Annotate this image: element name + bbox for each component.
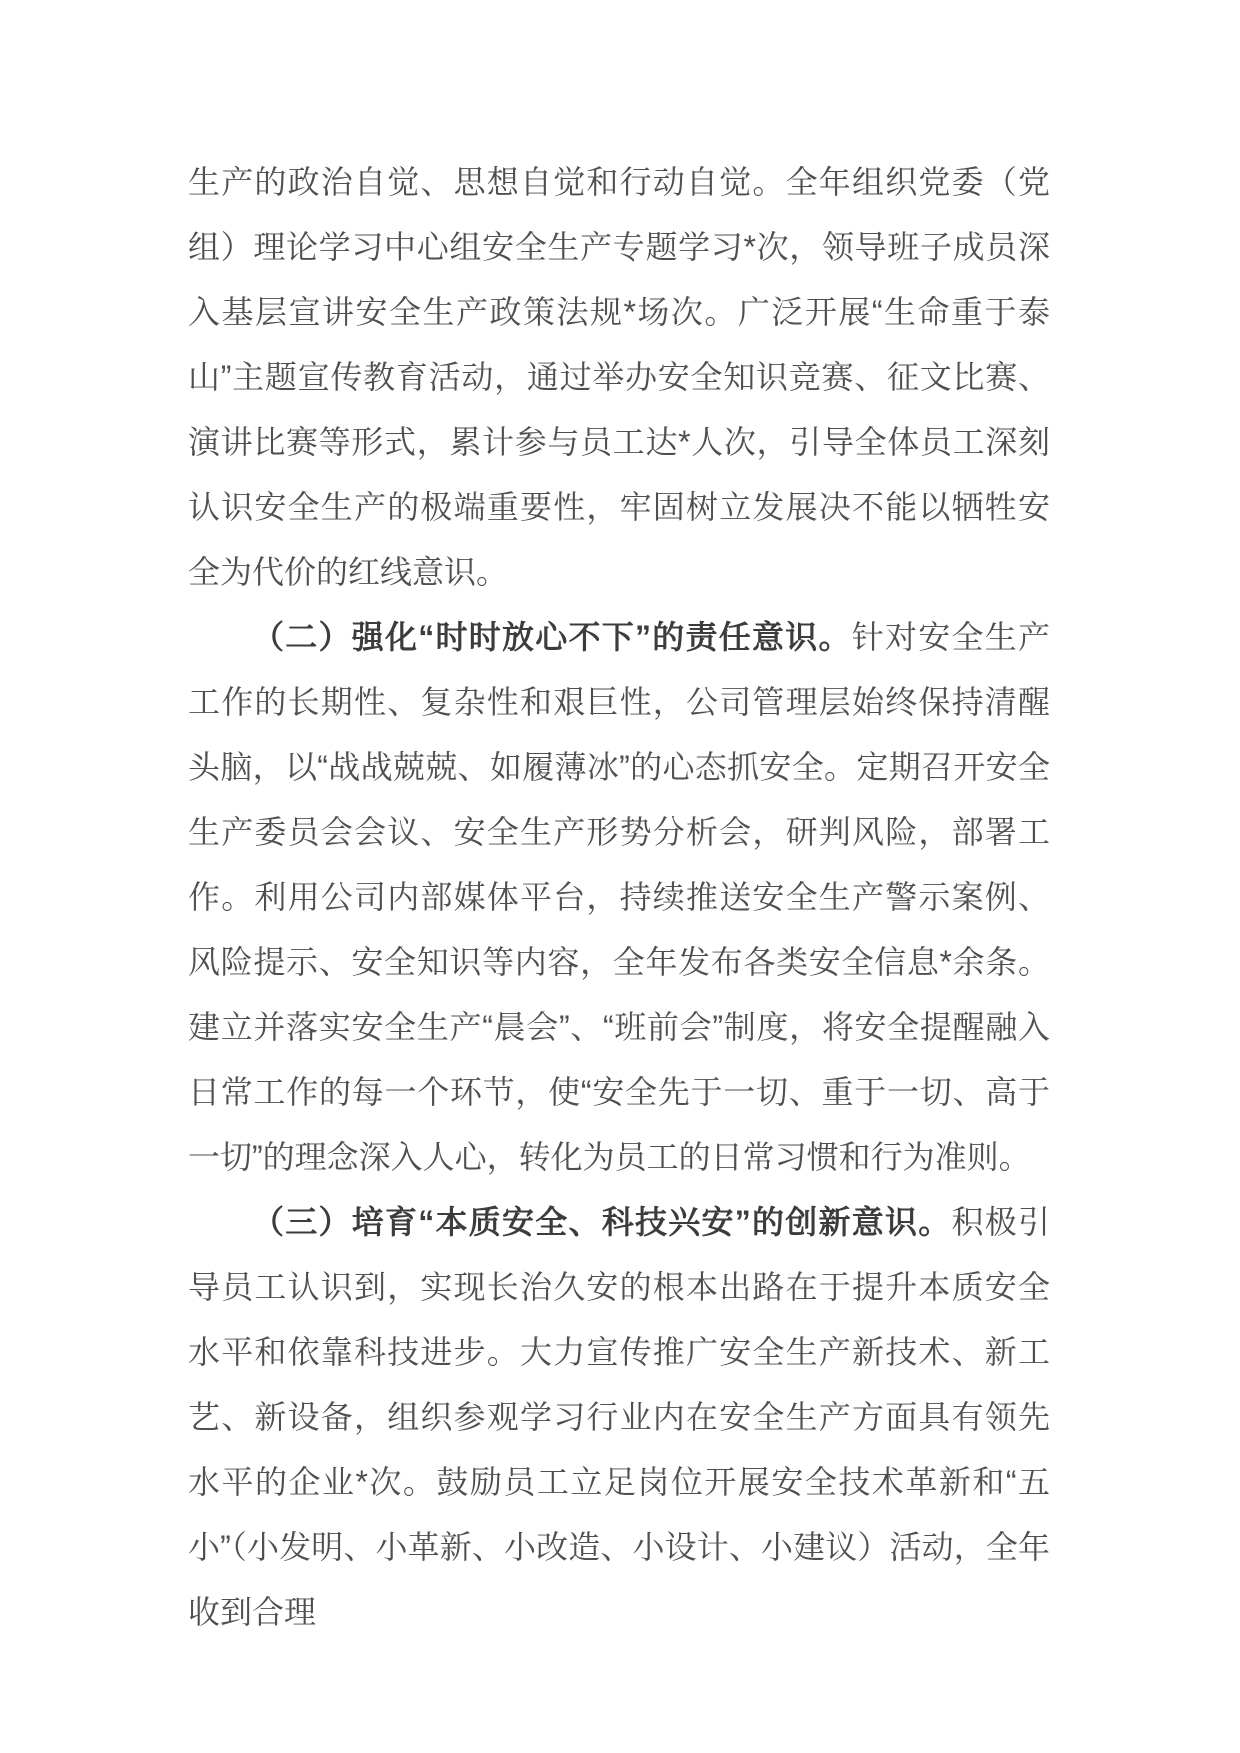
- paragraph-text: 积极引导员工认识到，实现长治久安的根本出路在于提升本质安全水平和依靠科技进步。大…: [188, 1204, 1050, 1630]
- section-2-heading: （二）强化“时时放心不下”的责任意识。: [252, 619, 852, 655]
- section-3-heading: （三）培育“本质安全、科技兴安”的创新意识。: [252, 1204, 951, 1240]
- paragraph-text: 生产的政治自觉、思想自觉和行动自觉。全年组织党委（党组）理论学习中心组安全生产专…: [188, 164, 1050, 590]
- document-page: 生产的政治自觉、思想自觉和行动自觉。全年组织党委（党组）理论学习中心组安全生产专…: [0, 0, 1240, 1753]
- paragraph-text: 针对安全生产工作的长期性、复杂性和艰巨性，公司管理层始终保持清醒头脑，以“战战兢…: [188, 619, 1050, 1175]
- paragraph-continuation: 生产的政治自觉、思想自觉和行动自觉。全年组织党委（党组）理论学习中心组安全生产专…: [188, 150, 1050, 605]
- paragraph-section-3: （三）培育“本质安全、科技兴安”的创新意识。积极引导员工认识到，实现长治久安的根…: [188, 1190, 1050, 1645]
- paragraph-section-2: （二）强化“时时放心不下”的责任意识。针对安全生产工作的长期性、复杂性和艰巨性，…: [188, 605, 1050, 1190]
